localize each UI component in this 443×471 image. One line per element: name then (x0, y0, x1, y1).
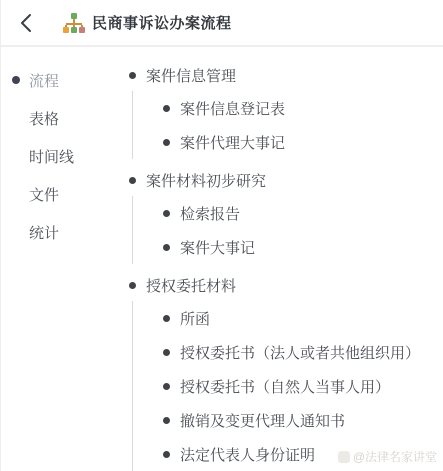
sidebar-item-files[interactable]: 文件 (1, 175, 125, 213)
tree-item-label: 案件大事记 (180, 237, 255, 258)
sidebar-item-tables[interactable]: 表格 (1, 99, 125, 137)
tree-item-label: 案件信息管理 (146, 65, 236, 86)
watermark-text: @法律名家讲堂 (353, 448, 437, 465)
sidebar-item-label: 文件 (29, 184, 59, 205)
sidebar: 流程 表格 时间线 文件 统计 (1, 47, 125, 471)
watermark-logo-icon (338, 451, 350, 463)
tree-item-label: 检索报告 (180, 203, 240, 224)
bullet-icon (163, 139, 170, 146)
tree-group: 案件材料初步研究 检索报告 案件大事记 (125, 164, 443, 264)
tree-child-item[interactable]: 授权委托书（法人或者共他组织用） (133, 335, 443, 369)
bullet-icon (129, 177, 136, 184)
tree-item-label: 案件代理大事记 (180, 132, 285, 153)
sidebar-item-flow[interactable]: 流程 (1, 61, 125, 99)
tree-parent-item[interactable]: 案件信息管理 (125, 59, 443, 91)
tree-item-label: 撤销及变更代理人通知书 (180, 410, 345, 431)
org-chart-icon (64, 13, 84, 33)
bullet-icon (163, 417, 170, 424)
tree-group: 授权委托材料 所函 授权委托书（法人或者共他组织用） 授权委托书（自然人当事人用… (125, 269, 443, 471)
tree-group: 案件信息管理 案件信息登记表 案件代理大事记 (125, 59, 443, 159)
tree-children: 所函 授权委托书（法人或者共他组织用） 授权委托书（自然人当事人用） 撤销及变更… (132, 301, 443, 471)
tree-parent-item[interactable]: 授权委托材料 (125, 269, 443, 301)
back-button[interactable] (15, 12, 37, 34)
bullet-icon (163, 244, 170, 251)
bullet-icon (129, 282, 136, 289)
content: 流程 表格 时间线 文件 统计 案件信息 (1, 47, 443, 471)
tree-item-label: 案件信息登记表 (180, 98, 285, 119)
bullet-icon (163, 349, 170, 356)
sidebar-item-label: 流程 (29, 70, 59, 91)
tree-item-label: 授权委托书（法人或者共他组织用） (180, 342, 420, 363)
tree-item-label: 授权委托书（自然人当事人用） (180, 376, 390, 397)
tree-parent-item[interactable]: 案件材料初步研究 (125, 164, 443, 196)
sidebar-item-label: 表格 (29, 108, 59, 129)
bullet-icon (163, 210, 170, 217)
bullet-icon (163, 315, 170, 322)
tree-child-item[interactable]: 检索报告 (133, 196, 443, 230)
sidebar-item-stats[interactable]: 统计 (1, 213, 125, 251)
app-page: 民商事诉讼办案流程 流程 表格 时间线 文件 统计 (0, 0, 443, 471)
active-bullet-icon (12, 76, 20, 84)
tree-child-item[interactable]: 所函 (133, 301, 443, 335)
bullet-icon (163, 451, 170, 458)
watermark: @法律名家讲堂 (338, 448, 437, 465)
tree-item-label: 所函 (180, 308, 210, 329)
sidebar-item-label: 时间线 (29, 146, 74, 167)
tree-child-item[interactable]: 案件代理大事记 (133, 125, 443, 159)
tree-item-label: 法定代表人身份证明 (180, 444, 315, 465)
tree-child-item[interactable]: 撤销及变更代理人通知书 (133, 403, 443, 437)
tree-child-item[interactable]: 案件信息登记表 (133, 91, 443, 125)
tree-children: 检索报告 案件大事记 (132, 196, 443, 264)
sidebar-item-timeline[interactable]: 时间线 (1, 137, 125, 175)
bullet-icon (163, 105, 170, 112)
header: 民商事诉讼办案流程 (1, 0, 443, 47)
tree-child-item[interactable]: 授权委托书（自然人当事人用） (133, 369, 443, 403)
tree-children: 案件信息登记表 案件代理大事记 (132, 91, 443, 159)
bullet-icon (163, 383, 170, 390)
sidebar-item-label: 统计 (29, 222, 59, 243)
outline-tree: 案件信息管理 案件信息登记表 案件代理大事记 案件材料初步研究 (125, 47, 443, 471)
tree-item-label: 授权委托材料 (146, 275, 236, 296)
tree-item-label: 案件材料初步研究 (146, 170, 266, 191)
page-title: 民商事诉讼办案流程 (92, 12, 232, 33)
back-chevron-icon (19, 13, 33, 33)
tree-child-item[interactable]: 案件大事记 (133, 230, 443, 264)
bullet-icon (129, 72, 136, 79)
